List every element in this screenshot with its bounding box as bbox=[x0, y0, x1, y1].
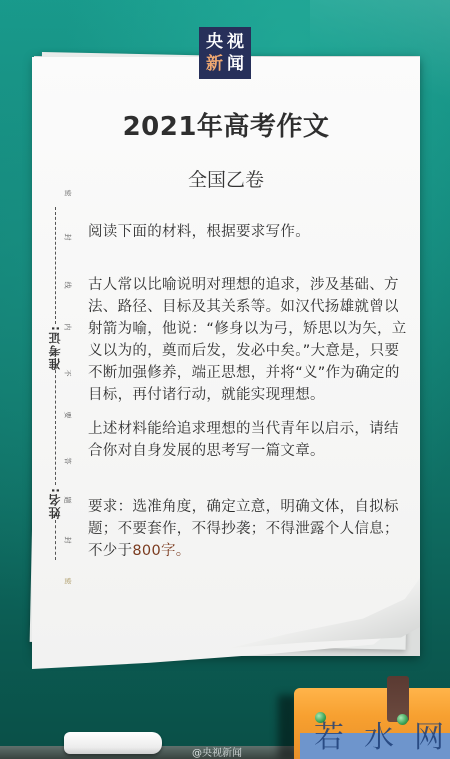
seal-char: 密 bbox=[63, 578, 73, 585]
logo-char: 闻 bbox=[225, 53, 246, 75]
logo-char: 央 bbox=[204, 31, 225, 53]
watermark-char: 水 bbox=[364, 712, 394, 756]
page-title: 2021年高考作文 bbox=[32, 106, 420, 143]
exam-id-label: 准考证: bbox=[46, 325, 63, 370]
logo-char: 新 bbox=[204, 53, 225, 75]
seal-char: 要 bbox=[63, 412, 73, 419]
cctv-news-logo: 央 视 新 闻 bbox=[199, 27, 251, 79]
instruction-text: 阅读下面的材料，根据要求写作。 bbox=[88, 221, 410, 243]
logo-char: 视 bbox=[225, 31, 246, 53]
seal-dashed-line bbox=[55, 520, 56, 560]
seal-char: 题 bbox=[63, 497, 73, 504]
seal-dashed-line bbox=[55, 365, 56, 485]
exam-paper-version: 全国乙卷 bbox=[32, 165, 420, 192]
seal-char: 答 bbox=[63, 458, 73, 465]
weibo-watermark: @央视新闻 bbox=[192, 744, 242, 759]
word-count: 800字。 bbox=[132, 543, 190, 559]
material-text: 古人常以比喻说明对理想的追求，涉及基础、方法、路径、目标及其关系等。如汉代扬雄就… bbox=[88, 274, 410, 406]
task-text: 上述材料能给追求理想的当代青年以启示，请结合你对自身发展的思考写一篇文章。 bbox=[88, 418, 410, 462]
name-label: 姓名: bbox=[46, 487, 63, 519]
requirements-text: 要求：选准角度，确定立意，明确文体，自拟标题；不要套作，不得抄袭；不得泄露个人信… bbox=[88, 496, 410, 562]
site-watermark: 若 水 网 bbox=[308, 712, 450, 756]
seal-char: 封 bbox=[63, 537, 73, 544]
seal-char: 不 bbox=[63, 370, 73, 377]
seal-char: 密 bbox=[63, 190, 73, 197]
seal-dashed-line bbox=[55, 207, 56, 324]
watermark-char: 若 bbox=[314, 712, 344, 756]
watermark-char: 网 bbox=[414, 712, 444, 756]
seal-char: 内 bbox=[63, 324, 73, 331]
seal-char: 线 bbox=[63, 282, 73, 289]
chalk-stick bbox=[64, 732, 162, 754]
seal-char: 封 bbox=[63, 234, 73, 241]
